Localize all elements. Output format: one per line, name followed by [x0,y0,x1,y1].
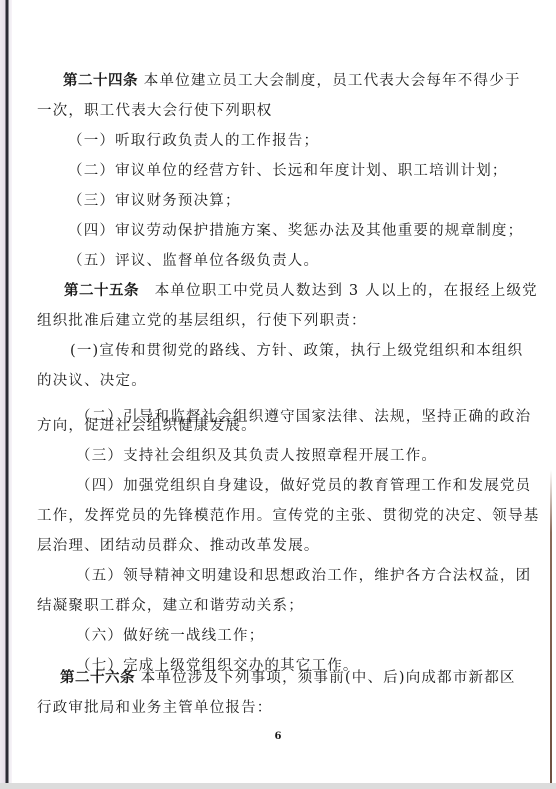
article-25-heading: 第二十五条 [64,282,139,299]
article-25-item-1-line-2: 的决议、决定。 [37,371,147,391]
article-26-intro: 本单位涉及下列事项，须事前(中、后)向成都市新都区 [135,670,516,686]
article-24-line-1: 第二十四条 本单位建立员工大会制度，员工代表大会每年不得少于 [63,71,521,91]
article-25-item-4-line-2: 工作，发挥党员的先锋模范作用。宣传党的主张、贯彻党的决定、领导基 [37,506,539,526]
article-25-line-1: 第二十五条 本单位职工中党员人数达到 3 人以上的，在报经上级党 [64,281,538,301]
article-24-line-2: 一次，职工代表大会行使下列职权 [37,101,273,121]
article-25-line-2: 组织批准后建立党的基层组织，行使下列职责： [37,311,367,331]
article-25-item-3: （三）支持社会组织及其负责人按照章程开展工作。 [76,446,437,466]
article-24-item-3: （三）审议财务预决算； [68,191,241,211]
article-24-item-4: （四）审议劳动保护措施方案、奖惩办法及其他重要的规章制度； [68,221,523,241]
article-24-intro: 本单位建立员工大会制度，员工代表大会每年不得少于 [138,73,521,89]
article-25-item-5-line-2: 结凝聚职工群众，建立和谐劳动关系； [37,596,304,616]
article-24-item-1: （一）听取行政负责人的工作报告； [68,131,319,151]
article-25-item-4-line-1: （四）加强党组织自身建设，做好党员的教育管理工作和发展党员 [76,476,531,496]
article-24-item-2: （二）审议单位的经营方针、长远和年度计划、职工培训计划； [68,161,508,181]
article-26-line-2: 行政审批局和业务主管单位报告： [37,698,273,718]
article-25-item-2-line-2: 方向，促进社会组织健康发展。 [37,416,257,436]
article-25-item-1-line-1: (一)宣传和贯彻党的路线、方针、政策，执行上级党组织和本组织 [70,341,523,361]
article-24-item-5: （五）评议、监督单位各级负责人。 [68,251,319,271]
document-page: 第二十四条 本单位建立员工大会制度，员工代表大会每年不得少于 一次，职工代表大会… [0,0,556,783]
article-26-line-1: 第二十六条 本单位涉及下列事项，须事前(中、后)向成都市新都区 [60,668,516,688]
scan-bottom-edge [0,783,556,789]
article-24-heading: 第二十四条 [63,72,138,89]
article-25-item-4-line-3: 层治理、团结动员群众、推动改革发展。 [37,536,320,556]
page-number: 6 [0,731,556,742]
article-26-heading: 第二十六条 [60,669,135,686]
article-25-intro: 本单位职工中党员人数达到 3 人以上的，在报经上级党 [139,283,538,299]
article-25-item-6: （六）做好统一战线工作； [76,626,264,646]
article-25-item-5-line-1: （五）领导精神文明建设和思想政治工作，维护各方合法权益，团 [76,566,531,586]
